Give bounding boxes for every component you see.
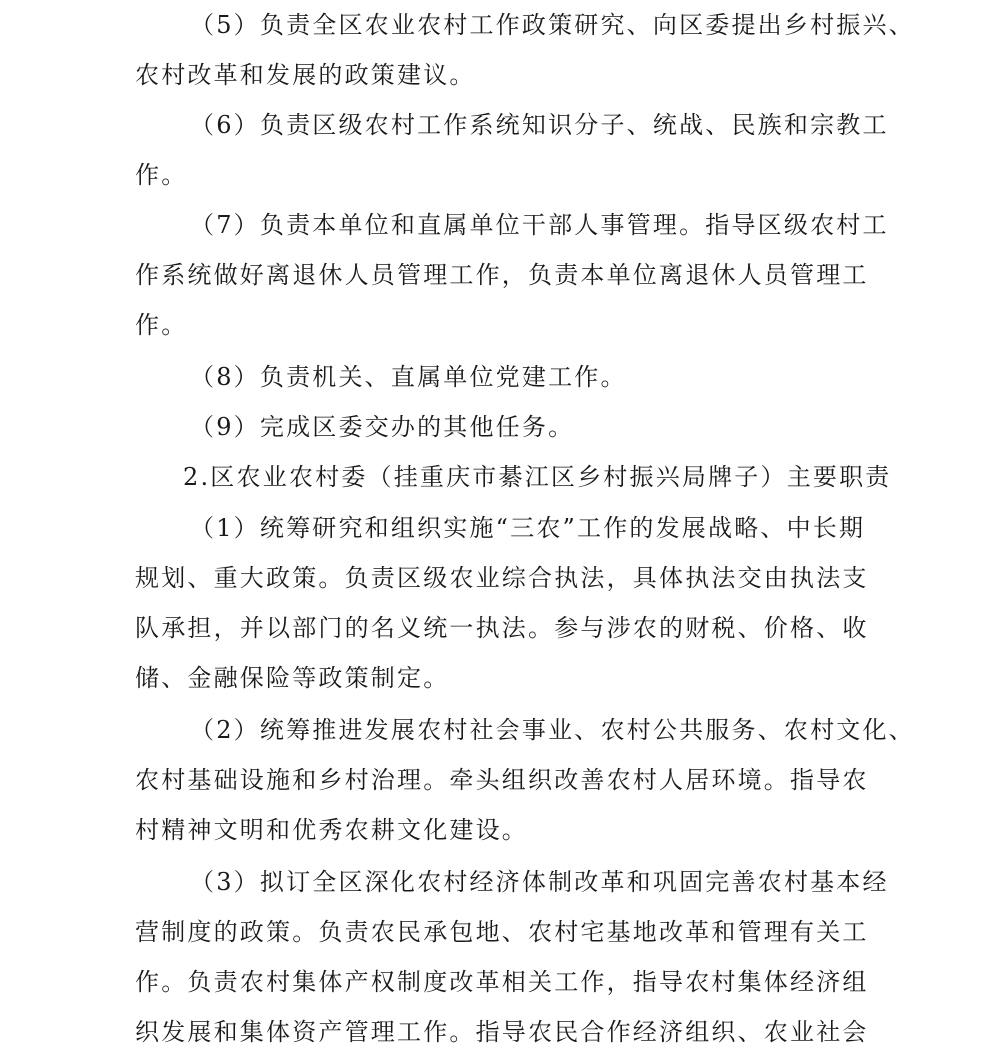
paragraph-6-line-2: 作。 [135, 150, 187, 200]
section2-paragraph-3-line-3: 作。负责农村集体产权制度改革相关工作，指导农村集体经济组 [135, 957, 869, 1007]
paragraph-8-line-1: （8）负责机关、直属单位党建工作。 [190, 352, 627, 402]
section2-paragraph-3-line-1: （3）拟订全区深化农村经济体制改革和巩固完善农村基本经 [190, 857, 889, 907]
paragraph-7-line-3: 作。 [135, 300, 187, 350]
section2-paragraph-1-line-2: 规划、重大政策。负责区级农业综合执法，具体执法交由执法支 [135, 553, 869, 603]
section2-paragraph-1-line-3: 队承担，并以部门的名义统一执法。参与涉农的财税、价格、收 [135, 603, 869, 653]
document-page: （5）负责全区农业农村工作政策研究、向区委提出乡村振兴、 农村改革和发展的政策建… [0, 0, 1000, 1053]
paragraph-7-line-2: 作系统做好离退休人员管理工作，负责本单位离退休人员管理工 [135, 250, 869, 300]
paragraph-7-line-1: （7）负责本单位和直属单位干部人事管理。指导区级农村工 [190, 200, 889, 250]
section-heading: 2.区农业农村委（挂重庆市綦江区乡村振兴局牌子）主要职责 [183, 452, 892, 502]
paragraph-5-line-1: （5）负责全区农业农村工作政策研究、向区委提出乡村振兴、 [190, 0, 915, 50]
section2-paragraph-3-line-2: 营制度的政策。负责农民承包地、农村宅基地改革和管理有关工 [135, 907, 869, 957]
section2-paragraph-2-line-2: 农村基础设施和乡村治理。牵头组织改善农村人居环境。指导农 [135, 755, 869, 805]
paragraph-6-line-1: （6）负责区级农村工作系统知识分子、统战、民族和宗教工 [190, 100, 889, 150]
section2-paragraph-2-line-3: 村精神文明和优秀农耕文化建设。 [135, 805, 528, 855]
section2-paragraph-1-line-1: （1）统筹研究和组织实施“三农”工作的发展战略、中长期 [190, 503, 865, 553]
section2-paragraph-1-line-4: 储、金融保险等政策制定。 [135, 653, 449, 703]
section2-paragraph-3-line-4: 织发展和集体资产管理工作。指导农民合作经济组织、农业社会 [135, 1007, 869, 1053]
section2-paragraph-2-line-1: （2）统筹推进发展农村社会事业、农村公共服务、农村文化、 [190, 705, 915, 755]
paragraph-9-line-1: （9）完成区委交办的其他任务。 [190, 402, 574, 452]
paragraph-5-line-2: 农村改革和发展的政策建议。 [135, 50, 476, 100]
